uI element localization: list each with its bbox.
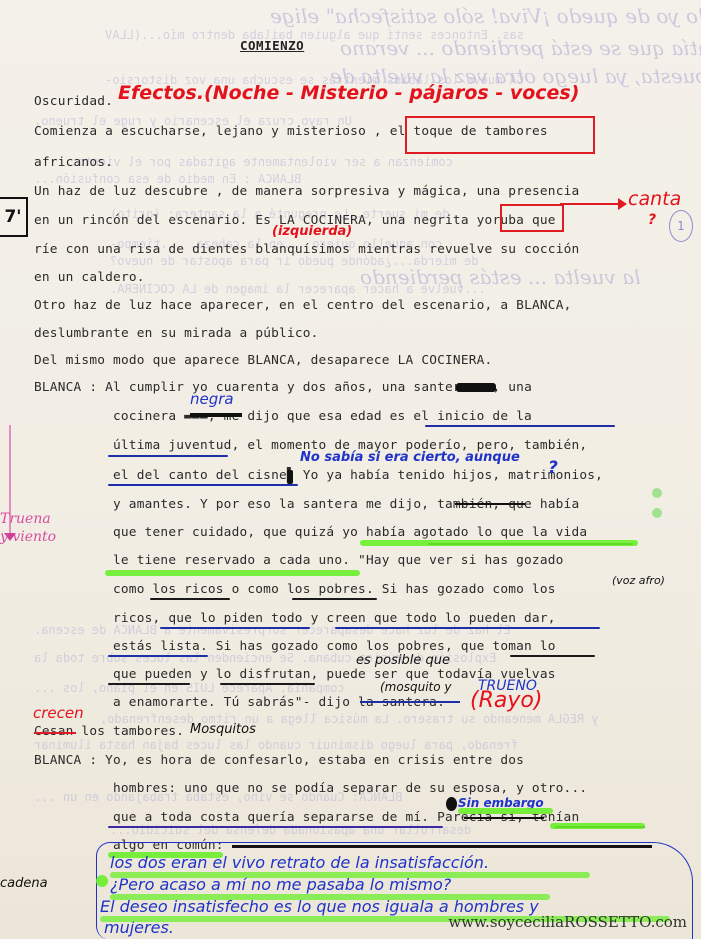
circled-number: 1	[669, 210, 693, 242]
underline	[160, 627, 310, 629]
underline	[108, 455, 228, 457]
annotation-izquierda: (izquierda)	[272, 224, 352, 239]
annotation-crecen: crecen	[33, 704, 84, 722]
annotation-voz-afro: (voz afro)	[612, 574, 665, 587]
redaction	[456, 383, 496, 392]
typed-line: ricos, que lo piden todo y creen que tod…	[113, 611, 556, 626]
annotation-canta-question: ?	[648, 212, 656, 228]
circled-number-label: 1	[677, 219, 685, 233]
annotation-es-posible: es posible que	[356, 653, 450, 668]
highlight	[110, 894, 550, 900]
arrow-head-icon	[618, 198, 627, 210]
highlight	[105, 570, 360, 576]
red-box-yoruba	[500, 204, 564, 232]
strike-cocinera	[190, 413, 242, 417]
underline	[510, 655, 595, 657]
highlight	[458, 808, 553, 814]
typed-line: BLANCA : Yo, es hora de confesarlo, esta…	[34, 753, 524, 768]
typed-line: deslumbrante en su mirada a público.	[34, 326, 319, 341]
time-marker: 7'	[0, 197, 28, 237]
highlight	[550, 823, 645, 829]
highlight	[110, 872, 590, 878]
annotation-efectos: Efectos.(Noche - Misterio - pájaros - vo…	[118, 82, 579, 104]
underline	[108, 683, 190, 685]
bleed-through-text: frenado, para luego disminuir cuando las…	[34, 738, 518, 752]
underline	[220, 683, 315, 685]
typed-line: Del mismo modo que aparece BLANCA, desap…	[34, 353, 492, 368]
ink-mark	[287, 470, 293, 484]
underline	[150, 598, 230, 600]
typed-line: el del canto del cisne▌ Yo ya había teni…	[113, 468, 603, 483]
strike-tambien	[455, 503, 525, 505]
bleed-through-handwriting: "Todo yo de quedo ¡Viva! sólo satisfecha…	[270, 4, 701, 28]
strike-cesan	[34, 732, 76, 734]
bleed-through-handwriting: si sentía que se está perdiendo ... vera…	[340, 36, 701, 60]
annotation-negra: negra	[190, 390, 234, 408]
underline	[425, 425, 615, 427]
typed-line: que tener cuidado, que quizá yo había ag…	[113, 525, 587, 540]
typed-line: estás lista. Si has gozado como los pobr…	[113, 639, 556, 654]
ink-mark	[446, 797, 457, 811]
annotation-cadena: cadena	[0, 876, 48, 891]
annotation-mosquitos: Mosquitos	[190, 722, 256, 737]
green-dot-icon	[652, 508, 662, 518]
underline	[108, 655, 208, 657]
typed-line: Un haz de luz descubre , de manera sorpr…	[34, 184, 579, 199]
annotation-truena-viento: Truena y viento	[0, 510, 60, 546]
page-title: COMIENZO	[240, 38, 304, 53]
annotation-canta: canta	[628, 188, 681, 210]
red-box-tambores	[405, 116, 595, 154]
typed-line: Oscuridad.	[34, 94, 113, 109]
typed-line: ríe con una risa de dientes blanquísimos…	[34, 242, 579, 257]
strike-parecia	[464, 817, 544, 819]
typed-line: como los ricos o como los pobres. Si has…	[113, 582, 556, 597]
green-dot-icon	[652, 488, 662, 498]
annotation-question: ?	[548, 458, 558, 478]
underline	[108, 484, 298, 486]
scanned-script-page: "Todo yo de quedo ¡Viva! sólo satisfecha…	[0, 0, 701, 939]
annotation-mosquito: (mosquito y	[380, 680, 451, 694]
annotation-trueno: TRUENO	[478, 678, 537, 694]
arrow-line	[560, 203, 625, 205]
highlight	[96, 875, 108, 887]
strike-santera	[360, 701, 460, 703]
watermark: www.soyceciliaROSSETTO.com	[448, 913, 687, 931]
underline	[292, 598, 377, 600]
underline	[335, 627, 600, 629]
typed-line: africanos.	[34, 155, 113, 170]
highlight	[360, 540, 638, 546]
insert-line: los dos eran el vivo retrato de la insat…	[110, 853, 489, 872]
bleed-through-text: comienzan a ser violentamente agitadas p…	[70, 155, 453, 169]
bleed-through-handwriting: la vuelta ... estás perdiendo	[360, 265, 640, 289]
annotation-no-sabia: No sabía si era cierto, aunque	[300, 450, 520, 465]
typed-line: en un caldero.	[34, 270, 145, 285]
typed-line: cocinera ▬▬▬, me dijo que esa edad es el…	[113, 409, 532, 424]
typed-line: le tiene reservado a cada uno. "Hay que …	[113, 553, 564, 568]
underline	[108, 826, 443, 828]
typed-line: hombres: uno que no se podía separar de …	[113, 781, 587, 796]
typed-line: Otro haz de luz hace aparecer, en el cen…	[34, 298, 572, 313]
